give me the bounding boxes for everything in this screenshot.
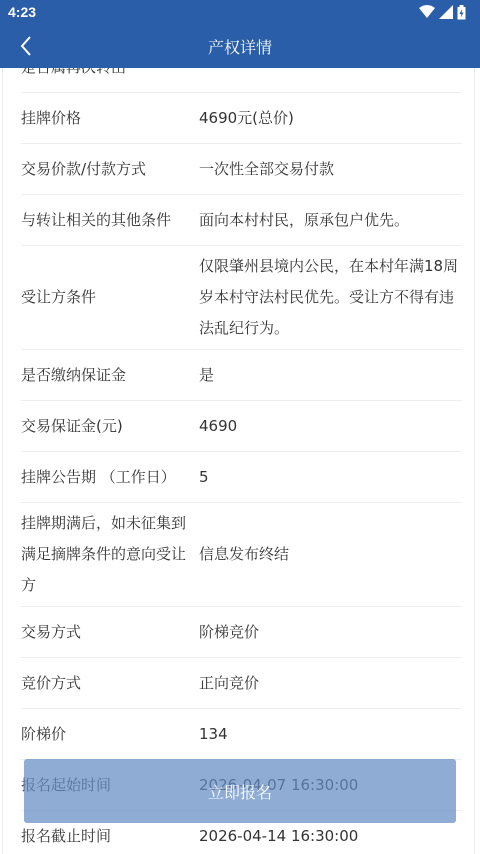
detail-row-announcement-period: 挂牌公告期 （工作日） 5 xyxy=(21,452,462,503)
detail-row-reassign: 是否属再次转出 xyxy=(21,68,462,93)
detail-label: 报名截止时间 xyxy=(21,821,199,852)
detail-value: 5 xyxy=(199,462,462,493)
detail-row-expiry-handling: 挂牌期满后，如未征集到 满足摘牌条件的意向受让方 信息发布终结 xyxy=(21,503,462,607)
detail-row-deposit-required: 是否缴纳保证金 是 xyxy=(21,350,462,401)
wifi-icon xyxy=(419,5,435,19)
page-title: 产权详情 xyxy=(208,35,272,58)
detail-label: 是否缴纳保证金 xyxy=(21,360,199,391)
detail-row-other-conditions: 与转让相关的其他条件 面向本村村民，原承包户优先。 xyxy=(21,195,462,246)
detail-label: 挂牌价格 xyxy=(21,103,199,134)
detail-value: 是 xyxy=(199,360,462,391)
status-icons xyxy=(419,5,466,20)
detail-value: 面向本村村民，原承包户优先。 xyxy=(199,205,462,236)
detail-value: 4690 xyxy=(199,411,462,442)
detail-scroll-area[interactable]: 是否属再次转出 挂牌价格 4690元(总价) 交易价款/付款方式 一次性全部交易… xyxy=(2,68,475,854)
detail-value: 一次性全部交易付款 xyxy=(199,154,462,185)
detail-row-trade-method: 交易方式 阶梯竞价 xyxy=(21,607,462,658)
detail-label: 挂牌期满后，如未征集到 满足摘牌条件的意向受让方 xyxy=(21,508,199,601)
detail-row-bidding-method: 竞价方式 正向竞价 xyxy=(21,658,462,709)
detail-label: 交易方式 xyxy=(21,617,199,648)
detail-value: 信息发布终结 xyxy=(199,539,462,570)
detail-value: 仅限肇州县境内公民，在本村年满18周岁本村守法村民优先。受让方不得有违法乱纪行为… xyxy=(199,251,462,344)
app-bar: 产权详情 xyxy=(0,24,480,68)
detail-row-deposit-amount: 交易保证金(元) 4690 xyxy=(21,401,462,452)
back-button[interactable] xyxy=(12,32,40,60)
register-now-button[interactable]: 立即报名 xyxy=(24,759,456,823)
detail-row-listing-price: 挂牌价格 4690元(总价) xyxy=(21,93,462,144)
detail-value: 2026-04-14 16:30:00 xyxy=(199,821,462,852)
detail-value: 正向竞价 xyxy=(199,668,462,699)
detail-row-transferee-conditions: 受让方条件 仅限肇州县境内公民，在本村年满18周岁本村守法村民优先。受让方不得有… xyxy=(21,246,462,350)
chevron-left-icon xyxy=(19,35,33,57)
detail-label: 竞价方式 xyxy=(21,668,199,699)
detail-label: 受让方条件 xyxy=(21,282,199,313)
detail-row-payment-method: 交易价款/付款方式 一次性全部交易付款 xyxy=(21,144,462,195)
detail-value: 4690元(总价) xyxy=(199,103,462,134)
detail-label: 是否属再次转出 xyxy=(21,68,199,83)
detail-label: 交易价款/付款方式 xyxy=(21,154,199,185)
detail-label: 交易保证金(元) xyxy=(21,411,199,442)
detail-value: 134 xyxy=(199,719,462,750)
signal-icon xyxy=(439,5,453,19)
battery-charging-icon xyxy=(457,5,466,20)
status-time: 4:23 xyxy=(8,4,36,20)
detail-label: 挂牌公告期 （工作日） xyxy=(21,462,199,493)
detail-value: 阶梯竞价 xyxy=(199,617,462,648)
detail-label: 阶梯价 xyxy=(21,719,199,750)
detail-row-step-price: 阶梯价 134 xyxy=(21,709,462,760)
detail-label: 与转让相关的其他条件 xyxy=(21,205,199,236)
status-bar: 4:23 xyxy=(0,0,480,24)
detail-list: 是否属再次转出 挂牌价格 4690元(总价) 交易价款/付款方式 一次性全部交易… xyxy=(3,68,474,854)
